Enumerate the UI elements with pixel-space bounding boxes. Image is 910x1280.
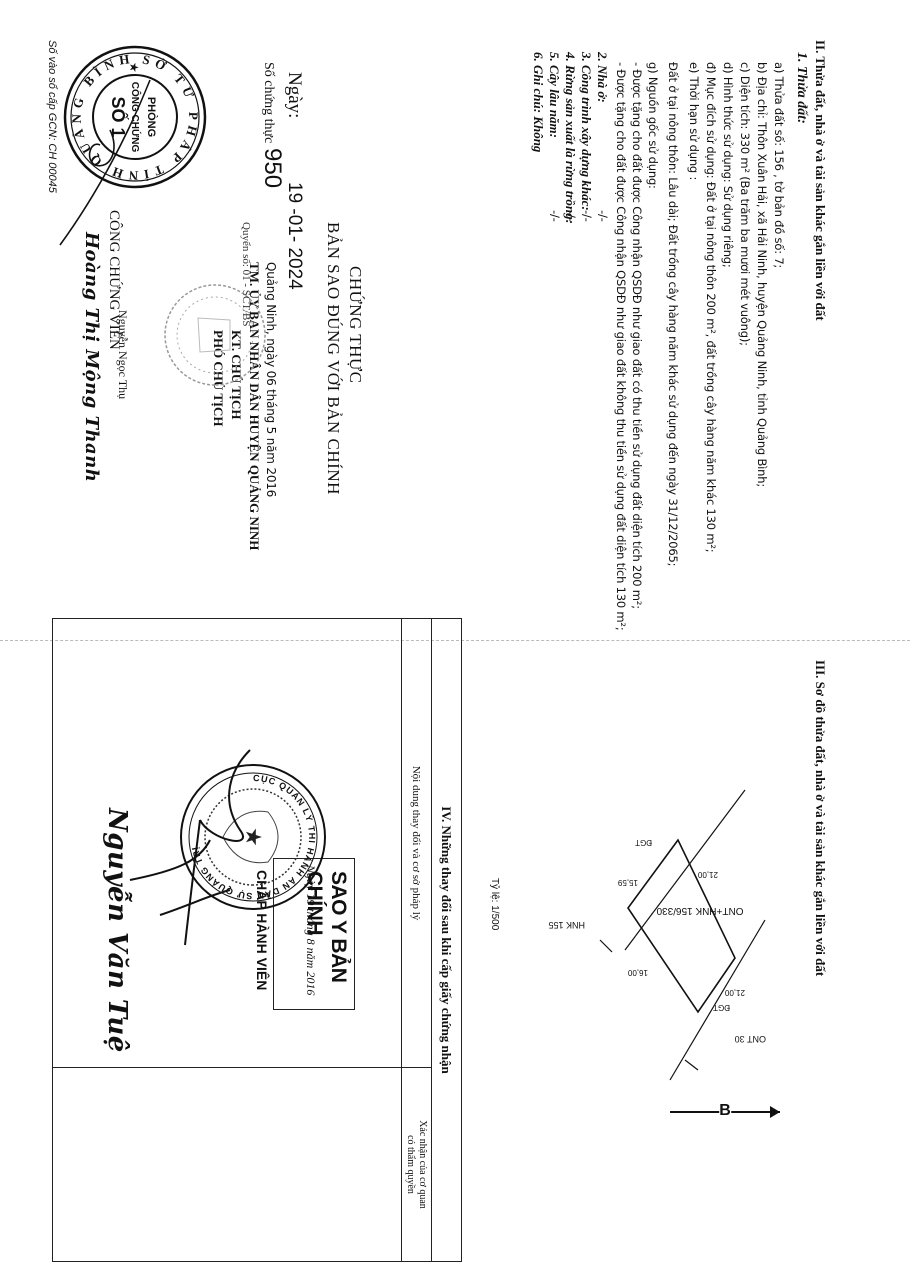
item-perennial-label: 5. Cây lâu năm: bbox=[546, 52, 562, 138]
usage-term-line: e) Thời hạn sử dụng : bbox=[687, 62, 701, 180]
item-forest-value: -/- bbox=[564, 210, 578, 222]
svg-text:HNK 155: HNK 155 bbox=[548, 920, 585, 930]
svg-text:16,00: 16,00 bbox=[627, 968, 648, 977]
parcel-heading: 1. Thửa đất: bbox=[793, 52, 809, 124]
origin-detail-2: - Được tặng cho đất được Công nhận QSDĐ … bbox=[614, 62, 628, 631]
section3-title: III. Sơ đồ thửa đất, nhà ở và tài sản kh… bbox=[812, 660, 828, 976]
usage-form-line: d) Hình thức sử dụng: Sử dụng riêng; bbox=[721, 62, 735, 268]
section4-title: IV. Những thay đổi sau khi cấp giấy chứn… bbox=[432, 619, 462, 1262]
origin-line: g) Nguồn gốc sử dụng: bbox=[646, 62, 660, 189]
north-arrow: B bbox=[670, 1102, 780, 1122]
area-line: c) Diện tích: 330 m² (Ba trăm ba mươi mé… bbox=[738, 62, 752, 346]
address-line: b) Địa chỉ: Thôn Xuân Hải, xã Hải Ninh, … bbox=[755, 62, 769, 487]
cert-date-label: Ngày: bbox=[283, 72, 305, 118]
section2-title: II. Thửa đất, nhà ở và tài sản khác gắn … bbox=[812, 40, 828, 321]
cert-date-value: 19 -01- 2024 bbox=[283, 182, 305, 290]
parcel-diagram: ONT+HNK 156/330 21,00 21,00 16,00 15,59 … bbox=[530, 780, 770, 1100]
origin-detail-1: - Được tặng cho đất được Công nhận QSDĐ … bbox=[630, 62, 644, 609]
cert-title: CHỨNG THỰC bbox=[345, 266, 365, 384]
svg-text:ONT 30: ONT 30 bbox=[735, 1034, 766, 1044]
map-scale: Tỷ lệ: 1/500 bbox=[489, 878, 500, 930]
item-construction-value: -/- bbox=[580, 210, 594, 222]
confirmation-cell bbox=[53, 1068, 402, 1262]
district-seal-icon bbox=[160, 280, 270, 390]
svg-text:ĐGT: ĐGT bbox=[713, 1003, 730, 1012]
enforcement-signer-name: Nguyễn Văn Tuệ bbox=[102, 808, 132, 1053]
notary-name: Hoàng Thị Mộng Thanh bbox=[81, 232, 102, 482]
cert-number-value: 950 bbox=[258, 148, 286, 188]
certificate-page: II. Thửa đất, nhà ở và tài sản khác gắn … bbox=[0, 0, 910, 1280]
svg-text:ĐGT: ĐGT bbox=[635, 838, 652, 847]
svg-text:15,59: 15,59 bbox=[617, 878, 638, 887]
cert-number-label: Số chứng thực bbox=[260, 62, 276, 143]
gcn-number: Số vào sổ cấp GCN: CH 00045 bbox=[46, 40, 58, 193]
svg-text:21,00: 21,00 bbox=[724, 988, 745, 997]
item-perennial-value: -/- bbox=[548, 210, 562, 222]
col-confirmation-header: Xác nhận của cơ quan có thẩm quyền bbox=[402, 1068, 432, 1262]
cert-book: Quyển số: 01 - SCT/BS bbox=[240, 222, 252, 327]
usage-purpose-line: đ) Mục đích sử dụng: Đất ở tại nông thôn… bbox=[704, 62, 718, 552]
col-changes-header: Nội dung thay đổi và cơ sở pháp lý bbox=[402, 619, 432, 1068]
item-house-label: 2. Nhà ở: bbox=[594, 52, 610, 103]
enforcement-signature-stroke-icon bbox=[110, 740, 270, 1000]
item-forest-label: 4. Rừng sản xuất là rừng trồng: bbox=[562, 52, 578, 224]
parcel-number-line: a) Thửa đất số: 156 , tờ bản đồ số: 7; bbox=[772, 62, 786, 268]
item-notes-label: 6. Ghi chú: Không bbox=[530, 52, 546, 152]
svg-text:21,00: 21,00 bbox=[697, 870, 718, 879]
item-house-value: -/- bbox=[596, 210, 610, 222]
item-construction-label: 3. Công trình xây dựng khác: bbox=[578, 52, 594, 211]
svg-text:ONT+HNK 156/330: ONT+HNK 156/330 bbox=[656, 905, 743, 916]
cert-subtitle: BẢN SAO ĐÚNG VỚI BẢN CHÍNH bbox=[323, 222, 343, 495]
notary-title: CÔNG CHỨNG VIÊN bbox=[105, 210, 122, 350]
north-label: B bbox=[719, 1102, 731, 1120]
usage-term-detail: Đất ở tại nông thôn: Lâu dài; Đất trồng … bbox=[666, 62, 680, 566]
